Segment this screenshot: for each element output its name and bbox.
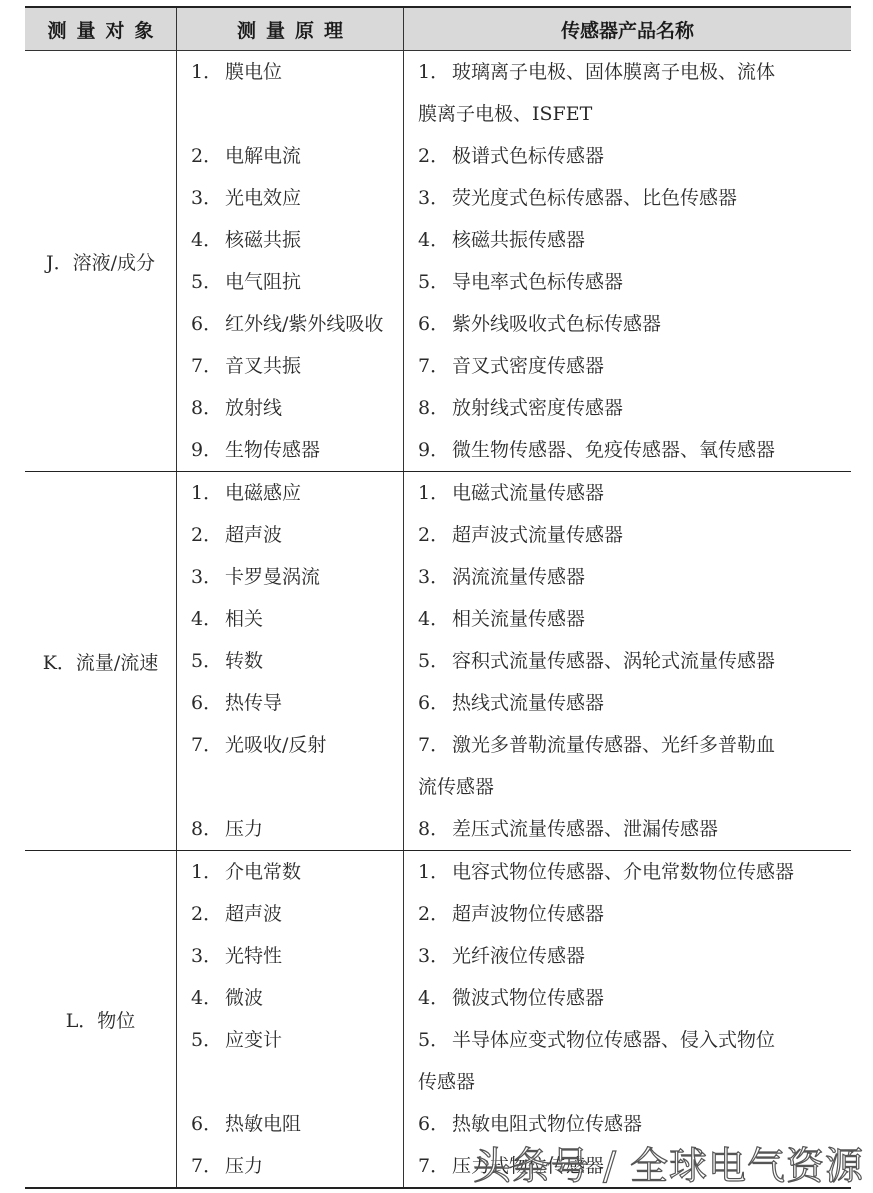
principle-text: 超声波 xyxy=(225,524,282,546)
product-text: 超声波式流量传感器 xyxy=(452,524,623,546)
product-item: 3．涡流流量传感器 xyxy=(404,556,851,598)
product-text: 核磁共振传感器 xyxy=(452,229,585,251)
principle-column: 1．电磁感应2．超声波3．卡罗曼涡流4．相关5．转数6．热传导7．光吸收/反射8… xyxy=(176,472,403,850)
product-text: 差压式流量传感器、泄漏传感器 xyxy=(452,818,718,840)
principle-item: 6．热传导 xyxy=(177,682,403,724)
header-label: 测量对象 xyxy=(47,16,163,43)
product-item: 4．核磁共振传感器 xyxy=(404,219,851,261)
principle-item: 4．微波 xyxy=(177,977,403,1019)
principle-text: 转数 xyxy=(225,650,263,672)
table-section: J．溶液/成分1．膜电位2．电解电流3．光电效应4．核磁共振5．电气阻抗6．红外… xyxy=(25,51,851,471)
item-number: 2． xyxy=(418,514,452,556)
product-column: 1．玻璃离子电极、固体膜离子电极、流体膜离子电极、ISFET2．极谱式色标传感器… xyxy=(403,51,851,471)
product-item: 6．热线式流量传感器 xyxy=(404,682,851,724)
principle-item: 7．音叉共振 xyxy=(177,345,403,387)
product-text: 微波式物位传感器 xyxy=(452,987,604,1009)
item-number: 6． xyxy=(418,1103,452,1145)
table-header: 测量对象 测量原理 传感器产品名称 xyxy=(25,8,851,51)
product-text: 玻璃离子电极、固体膜离子电极、流体 xyxy=(452,61,775,83)
principle-text: 压力 xyxy=(225,1155,263,1177)
product-item: 5．半导体应变式物位传感器、侵入式物位 xyxy=(404,1019,851,1061)
product-text: 超声波物位传感器 xyxy=(452,903,604,925)
item-number: 2． xyxy=(418,135,452,177)
item-number: 9． xyxy=(191,429,225,471)
product-item: 2．超声波式流量传感器 xyxy=(404,514,851,556)
principle-text: 光特性 xyxy=(225,945,282,967)
item-number: 2． xyxy=(191,135,225,177)
item-number: 4． xyxy=(418,977,452,1019)
principle-text: 应变计 xyxy=(225,1029,282,1051)
item-number: 5． xyxy=(191,261,225,303)
item-number: 1． xyxy=(418,51,452,93)
principle-text: 光吸收/反射 xyxy=(225,734,326,756)
principle-item: 2．电解电流 xyxy=(177,135,403,177)
product-item: 3．荧光度式色标传感器、比色传感器 xyxy=(404,177,851,219)
item-number: 1． xyxy=(191,51,225,93)
product-text: 音叉式密度传感器 xyxy=(452,355,604,377)
product-item-continuation: 膜离子电极、ISFET xyxy=(404,93,851,135)
principle-text: 热敏电阻 xyxy=(225,1113,301,1135)
item-number: 6． xyxy=(191,682,225,724)
product-item: 7．压力式物位传感器 xyxy=(404,1145,851,1187)
header-label: 测量原理 xyxy=(237,16,353,43)
principle-item: 5．转数 xyxy=(177,640,403,682)
principle-text: 压力 xyxy=(225,818,263,840)
principle-text: 放射线 xyxy=(225,397,282,419)
principle-text: 音叉共振 xyxy=(225,355,301,377)
product-text: 紫外线吸收式色标传感器 xyxy=(452,313,661,335)
principle-item: 8．放射线 xyxy=(177,387,403,429)
product-item: 8．放射线式密度传感器 xyxy=(404,387,851,429)
measurement-object-cell: K．流量/流速 xyxy=(25,472,176,850)
principle-item: 3．光电效应 xyxy=(177,177,403,219)
principle-text: 膜电位 xyxy=(225,61,282,83)
principle-text: 生物传感器 xyxy=(225,439,320,461)
principle-spacer xyxy=(177,93,403,135)
item-number: 7． xyxy=(191,724,225,766)
item-number: 3． xyxy=(191,556,225,598)
product-text: 热线式流量传感器 xyxy=(452,692,604,714)
principle-text: 核磁共振 xyxy=(225,229,301,251)
item-number: 7． xyxy=(191,345,225,387)
product-item: 7．音叉式密度传感器 xyxy=(404,345,851,387)
product-item: 5．导电率式色标传感器 xyxy=(404,261,851,303)
item-number: 7． xyxy=(191,1145,225,1187)
product-text: 激光多普勒流量传感器、光纤多普勒血 xyxy=(452,734,775,756)
principle-item: 4．相关 xyxy=(177,598,403,640)
product-item-continuation: 流传感器 xyxy=(404,766,851,808)
product-text: 涡流流量传感器 xyxy=(452,566,585,588)
table-section: K．流量/流速1．电磁感应2．超声波3．卡罗曼涡流4．相关5．转数6．热传导7．… xyxy=(25,471,851,850)
product-item: 1．玻璃离子电极、固体膜离子电极、流体 xyxy=(404,51,851,93)
principle-item: 5．电气阻抗 xyxy=(177,261,403,303)
item-number: 8． xyxy=(191,387,225,429)
item-number: 2． xyxy=(191,514,225,556)
principle-item: 8．压力 xyxy=(177,808,403,850)
principle-text: 红外线/紫外线吸收 xyxy=(225,313,383,335)
item-number: 1． xyxy=(418,472,452,514)
product-item: 3．光纤液位传感器 xyxy=(404,935,851,977)
product-item: 4．相关流量传感器 xyxy=(404,598,851,640)
product-text: 电磁式流量传感器 xyxy=(452,482,604,504)
item-number: 3． xyxy=(191,935,225,977)
item-number: 9． xyxy=(418,429,452,471)
product-item-continuation: 传感器 xyxy=(404,1061,851,1103)
principle-text: 相关 xyxy=(225,608,263,630)
principle-item: 1．电磁感应 xyxy=(177,472,403,514)
product-text: 热敏电阻式物位传感器 xyxy=(452,1113,642,1135)
principle-item: 9．生物传感器 xyxy=(177,429,403,471)
principle-item: 6．热敏电阻 xyxy=(177,1103,403,1145)
item-number: 4． xyxy=(418,219,452,261)
item-number: 2． xyxy=(191,893,225,935)
item-number: 6． xyxy=(418,303,452,345)
item-number: 3． xyxy=(418,177,452,219)
sensor-classification-table: 测量对象 测量原理 传感器产品名称 J．溶液/成分1．膜电位2．电解电流3．光电… xyxy=(25,6,851,1189)
item-number: 5． xyxy=(418,1019,452,1061)
item-number: 5． xyxy=(191,640,225,682)
principle-item: 4．核磁共振 xyxy=(177,219,403,261)
principle-text: 卡罗曼涡流 xyxy=(225,566,320,588)
product-text: 荧光度式色标传感器、比色传感器 xyxy=(452,187,737,209)
principle-item: 1．介电常数 xyxy=(177,851,403,893)
measurement-object-cell: L．物位 xyxy=(25,851,176,1187)
header-label: 传感器产品名称 xyxy=(561,16,694,43)
principle-column: 1．介电常数2．超声波3．光特性4．微波5．应变计6．热敏电阻7．压力 xyxy=(176,851,403,1187)
product-text: 压力式物位传感器 xyxy=(452,1155,604,1177)
product-item: 8．差压式流量传感器、泄漏传感器 xyxy=(404,808,851,850)
principle-text: 电解电流 xyxy=(225,145,301,167)
item-number: 8． xyxy=(191,808,225,850)
product-text: 光纤液位传感器 xyxy=(452,945,585,967)
item-number: 4． xyxy=(191,219,225,261)
item-number: 4． xyxy=(418,598,452,640)
product-text: 半导体应变式物位传感器、侵入式物位 xyxy=(452,1029,775,1051)
principle-text: 光电效应 xyxy=(225,187,301,209)
principle-text: 介电常数 xyxy=(225,861,301,883)
principle-spacer xyxy=(177,1061,403,1103)
item-number: 5． xyxy=(418,261,452,303)
principle-spacer xyxy=(177,766,403,808)
item-number: 6． xyxy=(191,1103,225,1145)
measurement-object: J．溶液/成分 xyxy=(46,248,155,275)
principle-item: 3．光特性 xyxy=(177,935,403,977)
item-number: 8． xyxy=(418,387,452,429)
product-text: 放射线式密度传感器 xyxy=(452,397,623,419)
item-number: 3． xyxy=(191,177,225,219)
item-number: 6． xyxy=(418,682,452,724)
header-sensor-product-name: 传感器产品名称 xyxy=(403,8,851,50)
measurement-object-cell: J．溶液/成分 xyxy=(25,51,176,471)
product-item: 9．微生物传感器、免疫传感器、氧传感器 xyxy=(404,429,851,471)
product-item: 1．电磁式流量传感器 xyxy=(404,472,851,514)
item-number: 7． xyxy=(418,345,452,387)
item-number: 1． xyxy=(418,851,452,893)
product-item: 6．紫外线吸收式色标传感器 xyxy=(404,303,851,345)
product-text: 极谱式色标传感器 xyxy=(452,145,604,167)
item-number: 5． xyxy=(418,640,452,682)
product-item: 4．微波式物位传感器 xyxy=(404,977,851,1019)
item-number: 3． xyxy=(418,556,452,598)
item-number: 1． xyxy=(191,472,225,514)
product-text: 容积式流量传感器、涡轮式流量传感器 xyxy=(452,650,775,672)
principle-text: 超声波 xyxy=(225,903,282,925)
product-column: 1．电容式物位传感器、介电常数物位传感器2．超声波物位传感器3．光纤液位传感器4… xyxy=(403,851,851,1187)
item-number: 5． xyxy=(191,1019,225,1061)
principle-item: 3．卡罗曼涡流 xyxy=(177,556,403,598)
product-item: 1．电容式物位传感器、介电常数物位传感器 xyxy=(404,851,851,893)
product-text: 导电率式色标传感器 xyxy=(452,271,623,293)
principle-text: 热传导 xyxy=(225,692,282,714)
measurement-object: K．流量/流速 xyxy=(43,648,159,675)
item-number: 2． xyxy=(418,893,452,935)
product-item: 2．极谱式色标传感器 xyxy=(404,135,851,177)
principle-item: 7．光吸收/反射 xyxy=(177,724,403,766)
product-item: 5．容积式流量传感器、涡轮式流量传感器 xyxy=(404,640,851,682)
principle-item: 2．超声波 xyxy=(177,893,403,935)
table-section: L．物位1．介电常数2．超声波3．光特性4．微波5．应变计6．热敏电阻7．压力1… xyxy=(25,850,851,1187)
principle-text: 微波 xyxy=(225,987,263,1009)
product-item: 6．热敏电阻式物位传感器 xyxy=(404,1103,851,1145)
product-column: 1．电磁式流量传感器2．超声波式流量传感器3．涡流流量传感器4．相关流量传感器5… xyxy=(403,472,851,850)
principle-text: 电气阻抗 xyxy=(225,271,301,293)
item-number: 7． xyxy=(418,724,452,766)
product-text: 相关流量传感器 xyxy=(452,608,585,630)
item-number: 4． xyxy=(191,977,225,1019)
principle-item: 7．压力 xyxy=(177,1145,403,1187)
principle-item: 2．超声波 xyxy=(177,514,403,556)
item-number: 3． xyxy=(418,935,452,977)
product-text: 微生物传感器、免疫传感器、氧传感器 xyxy=(452,439,775,461)
product-item: 7．激光多普勒流量传感器、光纤多普勒血 xyxy=(404,724,851,766)
product-item: 2．超声波物位传感器 xyxy=(404,893,851,935)
measurement-object: L．物位 xyxy=(66,1006,136,1033)
item-number: 1． xyxy=(191,851,225,893)
principle-column: 1．膜电位2．电解电流3．光电效应4．核磁共振5．电气阻抗6．红外线/紫外线吸收… xyxy=(176,51,403,471)
header-measurement-principle: 测量原理 xyxy=(176,8,403,50)
item-number: 7． xyxy=(418,1145,452,1187)
principle-item: 5．应变计 xyxy=(177,1019,403,1061)
principle-text: 电磁感应 xyxy=(225,482,301,504)
item-number: 4． xyxy=(191,598,225,640)
item-number: 8． xyxy=(418,808,452,850)
principle-item: 6．红外线/紫外线吸收 xyxy=(177,303,403,345)
principle-item: 1．膜电位 xyxy=(177,51,403,93)
header-measurement-object: 测量对象 xyxy=(25,8,176,50)
item-number: 6． xyxy=(191,303,225,345)
product-text: 电容式物位传感器、介电常数物位传感器 xyxy=(452,861,794,883)
